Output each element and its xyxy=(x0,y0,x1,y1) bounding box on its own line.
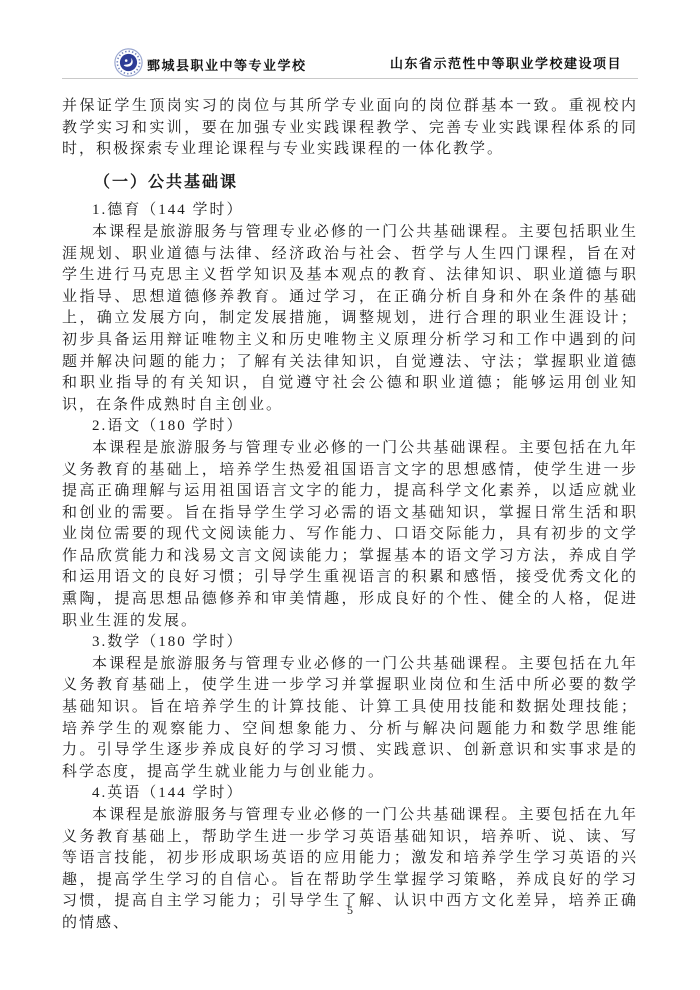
document-body: 并保证学生顶岗实习的岗位与其所学专业面向的岗位群基本一致。重视校内教学实习和实训… xyxy=(62,96,638,935)
document-page: 鄄城县职业中等专业学校 山东省示范性中等职业学校建设项目 并保证学生顶岗实习的岗… xyxy=(0,0,700,990)
course-block: 2.语文（180 学时） 本课程是旅游服务与管理专业必修的一门公共基础课程。主要… xyxy=(62,416,638,632)
header-right-group: 山东省示范性中等职业学校建设项目 xyxy=(390,53,622,73)
course-block: 3.数学（180 学时） 本课程是旅游服务与管理专业必修的一门公共基础课程。主要… xyxy=(62,632,638,783)
course-description: 本课程是旅游服务与管理专业必修的一门公共基础课程。主要包括在九年义务教育基础上，… xyxy=(62,654,638,784)
header-left-group: 鄄城县职业中等专业学校 xyxy=(114,45,307,74)
course-title: 2.语文（180 学时） xyxy=(62,416,638,438)
course-description: 本课程是旅游服务与管理专业必修的一门公共基础课程。主要包括职业生涯规划、职业道德… xyxy=(62,222,638,416)
course-title: 1.德育（144 学时） xyxy=(62,200,638,222)
intro-paragraph: 并保证学生顶岗实习的岗位与其所学专业面向的岗位群基本一致。重视校内教学实习和实训… xyxy=(62,96,638,161)
section-heading: （一）公共基础课 xyxy=(62,172,638,194)
header-right-title: 山东省示范性中等职业学校建设项目 xyxy=(390,56,622,71)
course-description: 本课程是旅游服务与管理专业必修的一门公共基础课程。主要包括在九年义务教育的基础上… xyxy=(62,438,638,632)
header-left-title: 鄄城县职业中等专业学校 xyxy=(147,55,307,74)
course-block: 1.德育（144 学时） 本课程是旅游服务与管理专业必修的一门公共基础课程。主要… xyxy=(62,200,638,416)
course-title: 3.数学（180 学时） xyxy=(62,632,638,654)
school-logo-icon xyxy=(114,48,143,77)
page-number: 5 xyxy=(0,903,700,918)
course-title: 4.英语（144 学时） xyxy=(62,783,638,805)
page-header: 鄄城县职业中等专业学校 山东省示范性中等职业学校建设项目 xyxy=(62,42,638,79)
